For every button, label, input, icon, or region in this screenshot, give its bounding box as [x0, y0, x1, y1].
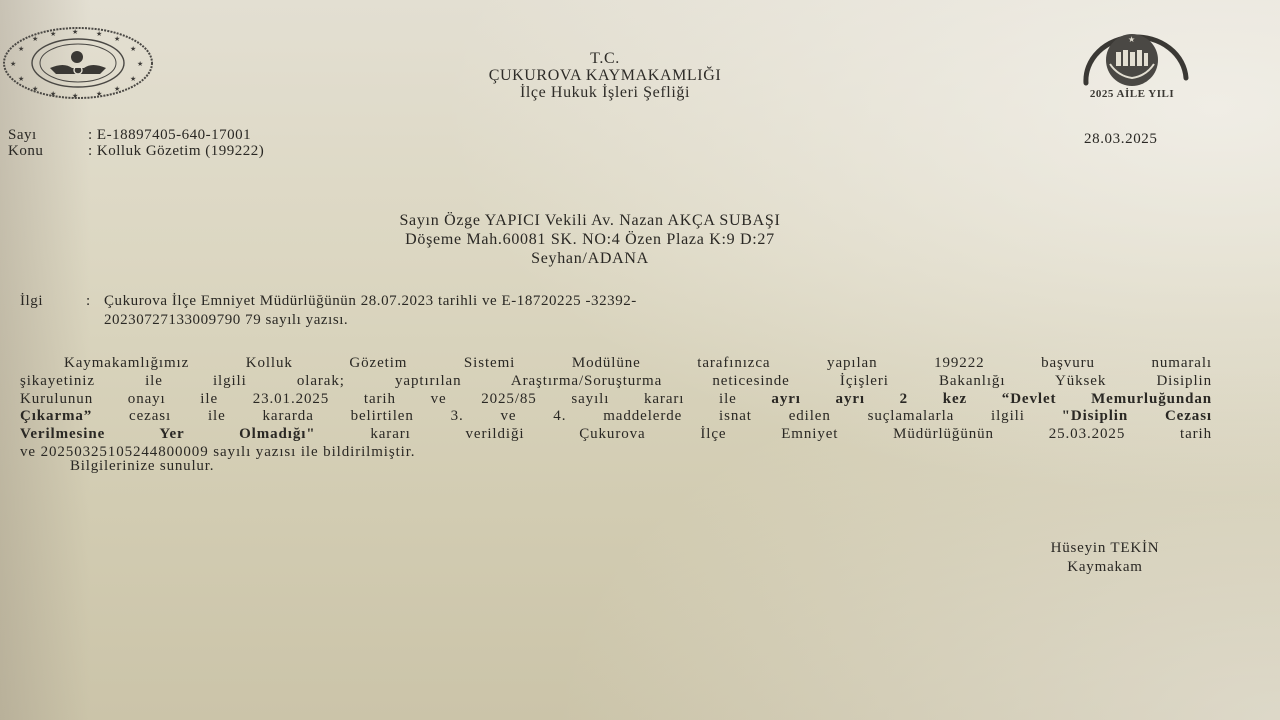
signatory-title: Kaymakam	[990, 558, 1220, 577]
reference-number-row: Sayı: E-18897405-640-17001	[8, 127, 251, 144]
svg-text:★: ★	[72, 28, 78, 36]
body-emphasis: Çıkarma”	[20, 408, 92, 424]
svg-text:★: ★	[114, 35, 120, 43]
body-emphasis: "Disiplin Cezası	[1062, 408, 1212, 424]
document-date: 28.03.2025	[1084, 131, 1158, 148]
svg-text:★: ★	[130, 75, 136, 83]
svg-text:★: ★	[50, 30, 56, 38]
body-line: Kaymakamlığımız Kolluk Gözetim Sistemi M…	[20, 355, 1212, 373]
svg-text:★: ★	[114, 85, 120, 93]
signature-block: Hüseyin TEKİN Kaymakam	[990, 539, 1220, 577]
body-text: kararı verildiği Çukurova İlçe Emniyet M…	[316, 426, 1212, 442]
body-line: Kurulunun onayı ile 23.01.2025 tarih ve …	[20, 391, 1212, 409]
reference-number-value: : E-18897405-640-17001	[88, 127, 251, 143]
body-emphasis: ayrı ayrı 2 kez “Devlet Memurluğundan	[771, 391, 1212, 407]
letter-body: Kaymakamlığımız Kolluk Gözetim Sistemi M…	[20, 355, 1212, 462]
recipient-city: Seyhan/ADANA	[280, 249, 900, 268]
svg-text:★: ★	[96, 30, 102, 38]
svg-text:★: ★	[18, 45, 24, 53]
subject-value: : Kolluk Gözetim (199222)	[88, 143, 264, 159]
subject-label: Konu	[8, 143, 88, 160]
svg-text:★: ★	[1128, 35, 1135, 44]
body-line: şikayetiniz ile ilgili olarak; yaptırıla…	[20, 373, 1212, 391]
closing-line: Bilgilerinize sunulur.	[70, 458, 214, 475]
ministry-seal-icon: ★★★ ★★★ ★★★ ★★★ ★★★ ★	[2, 26, 154, 100]
body-line: Çıkarma” cezası ile kararda belirtilen 3…	[20, 408, 1212, 426]
signatory-name: Hüseyin TEKİN	[990, 539, 1220, 558]
reference-text: Çukurova İlçe Emniyet Müdürlüğünün 28.07…	[104, 292, 1064, 330]
subject-row: Konu: Kolluk Gözetim (199222)	[8, 143, 264, 160]
svg-text:★: ★	[18, 75, 24, 83]
recipient-block: Sayın Özge YAPICI Vekili Av. Nazan AKÇA …	[280, 211, 900, 268]
body-text: Kurulunun onayı ile 23.01.2025 tarih ve …	[20, 391, 771, 407]
recipient-name: Sayın Özge YAPICI Vekili Av. Nazan AKÇA …	[280, 211, 900, 230]
svg-text:★: ★	[50, 90, 56, 98]
family-year-logo-icon: ★	[1058, 28, 1206, 90]
svg-text:★: ★	[32, 85, 38, 93]
reference-line-2: 20230727133009790 79 sayılı yazısı.	[104, 311, 1064, 330]
svg-text:★: ★	[96, 90, 102, 98]
family-year-label: 2025 AİLE YILI	[1062, 88, 1202, 100]
letterhead-institution: ÇUKUROVA KAYMAKAMLIĞI	[400, 67, 810, 84]
svg-text:★: ★	[72, 92, 78, 100]
svg-text:★: ★	[10, 60, 16, 68]
recipient-address: Döşeme Mah.60081 SK. NO:4 Özen Plaza K:9…	[280, 230, 900, 249]
svg-text:★: ★	[32, 35, 38, 43]
svg-text:★: ★	[130, 45, 136, 53]
letterhead-department: İlçe Hukuk İşleri Şefliği	[400, 84, 810, 101]
letterhead-tc: T.C.	[400, 50, 810, 67]
reference-label: İlgi	[20, 292, 43, 311]
body-line: Verilmesine Yer Olmadığı" kararı verildi…	[20, 426, 1212, 444]
letterhead: T.C. ÇUKUROVA KAYMAKAMLIĞI İlçe Hukuk İş…	[400, 50, 810, 101]
body-text: cezası ile kararda belirtilen 3. ve 4. m…	[92, 408, 1061, 424]
body-emphasis: Verilmesine Yer Olmadığı"	[20, 426, 316, 442]
reference-number-label: Sayı	[8, 127, 88, 144]
svg-text:★: ★	[137, 60, 143, 68]
reference-line-1: Çukurova İlçe Emniyet Müdürlüğünün 28.07…	[104, 292, 1064, 311]
reference-colon: :	[86, 292, 91, 311]
